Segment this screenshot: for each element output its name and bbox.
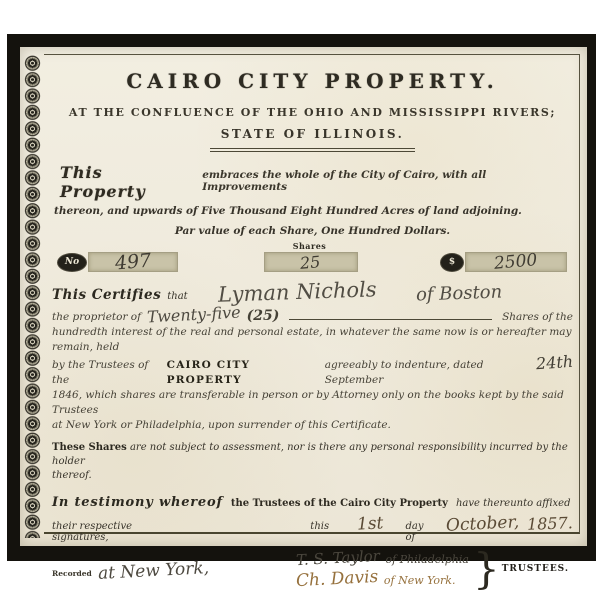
trustees-brace-icon: } xyxy=(473,549,500,589)
amount-value-box: 2500 xyxy=(465,252,567,272)
body-line-3b: agreeably to indenture, dated September xyxy=(325,358,530,388)
indenture-day-value: 24th xyxy=(535,354,573,372)
shares-label: Shares xyxy=(293,241,327,251)
shares-clause: These Shares are not subject to assessme… xyxy=(52,441,573,483)
serial-number-value: 497 xyxy=(114,249,152,274)
signature-2: Ch. Davis of New York. xyxy=(296,569,456,589)
shares-value-box: 25 xyxy=(264,252,358,272)
amount-group: $ 2500 xyxy=(441,252,567,272)
intro-lead: This Property xyxy=(60,163,194,201)
number-badge-icon: No xyxy=(58,254,86,271)
holder-name: Lyman Nichols xyxy=(217,277,376,307)
certificate-paper: CAIRO CITY PROPERTY. AT THE CONFLUENCE O… xyxy=(20,47,587,546)
signature-2-name: Ch. Davis xyxy=(295,567,378,591)
date-line: their respective signatures, this 1st da… xyxy=(52,514,573,543)
recorded-label: Recorded xyxy=(52,569,92,578)
testimony-block: In testimony whereof the Trustees of the… xyxy=(52,495,573,543)
company-name-inline: CAIRO CITY PROPERTY xyxy=(167,358,319,388)
certifies-lead: This Certifies xyxy=(52,287,161,303)
testimony-lead: In testimony whereof xyxy=(52,495,223,510)
serial-number-box: 497 xyxy=(88,252,178,272)
holder-place: of Boston xyxy=(416,282,503,306)
par-value-line: Par value of each Share, One Hundred Dol… xyxy=(52,225,573,237)
shares-clause-text: are not subject to assessment, nor is th… xyxy=(52,442,568,467)
recorded-place: at New York, xyxy=(97,558,209,584)
certificate-subtitle: AT THE CONFLUENCE OF THE OHIO AND MISSIS… xyxy=(52,106,573,119)
testimony-line2-text: their respective signatures, xyxy=(52,521,190,543)
proprietor-line: the proprietor of Twenty-five (25) Share… xyxy=(52,307,573,325)
testimony-tail: have thereunto affixed xyxy=(456,498,571,509)
certificate-photo-frame: CAIRO CITY PROPERTY. AT THE CONFLUENCE O… xyxy=(7,34,596,561)
dollar-badge-icon: $ xyxy=(441,254,463,271)
signature-2-place: of New York. xyxy=(384,574,456,587)
signature-1-name: T. S. Taylor xyxy=(295,547,380,569)
shares-value: 25 xyxy=(300,252,322,273)
serial-number-group: No 497 xyxy=(58,252,178,272)
state-line: STATE OF ILLINOIS. xyxy=(52,127,573,141)
shares-clause-text2: thereof. xyxy=(52,469,573,483)
shares-numeric-value: (25) xyxy=(247,309,280,324)
shares-written-value: Twenty-five xyxy=(147,305,241,325)
body-line-3: by the Trustees of the CAIRO CITY PROPER… xyxy=(52,355,573,388)
certificate-title: CAIRO CITY PROPERTY. xyxy=(52,69,573,93)
body-line-4: 1846, which shares are transferable in p… xyxy=(52,388,573,418)
shares-clause-lead: These Shares xyxy=(52,442,127,453)
amount-value: 2500 xyxy=(494,250,539,274)
year-value: 1857. xyxy=(527,513,573,534)
trustee-signatures: T. S. Taylor of Philadelphia Ch. Davis o… xyxy=(296,549,569,589)
month-value: October, xyxy=(446,512,520,536)
double-rule-divider xyxy=(210,148,415,152)
body-line-2: hundredth interest of the real and perso… xyxy=(52,325,573,355)
signature-1: T. S. Taylor of Philadelphia xyxy=(296,549,469,567)
body-paragraph: the proprietor of Twenty-five (25) Share… xyxy=(52,307,573,433)
this-word: this xyxy=(310,521,329,532)
intro-paragraph: This Property embraces the whole of the … xyxy=(52,163,573,237)
body-line-3a: by the Trustees of the xyxy=(52,358,161,388)
certificate-content: CAIRO CITY PROPERTY. AT THE CONFLUENCE O… xyxy=(52,57,573,532)
signature-area: Recorded at New York, T. S. Taylor of Ph… xyxy=(52,549,573,589)
issue-values-row: No 497 Shares 25 $ 2500 xyxy=(52,241,573,272)
intro-line1-text: embraces the whole of the City of Cairo,… xyxy=(202,169,573,193)
proprietor-lead: the proprietor of xyxy=(52,310,141,325)
testimony-bold-text: the Trustees of the Cairo City Property xyxy=(231,498,448,509)
day-of-label: day of xyxy=(405,521,436,543)
proprietor-tail: Shares of the xyxy=(502,310,573,325)
shares-group: Shares 25 xyxy=(262,241,358,272)
certifies-line: This Certifies that Lyman Nichols of Bos… xyxy=(52,280,573,304)
certifies-that: that xyxy=(167,291,187,302)
recorded-line: Recorded at New York, xyxy=(52,561,209,581)
intro-line2-text: thereon, and upwards of Five Thousand Ei… xyxy=(52,205,573,217)
body-line-5: at New York or Philadelphia, upon surren… xyxy=(52,418,573,433)
day-value: 1st xyxy=(357,513,384,534)
trustees-label: TRUSTEES. xyxy=(502,564,569,574)
blank-rule xyxy=(289,309,492,320)
signature-1-place: of Philadelphia xyxy=(385,553,469,566)
rosette-border-left xyxy=(24,55,41,538)
